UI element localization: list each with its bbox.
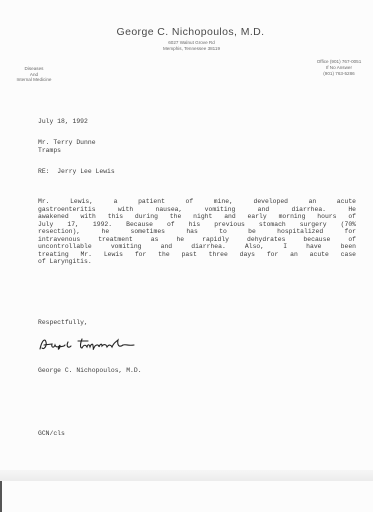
letter-date: July 18, 1992	[38, 118, 88, 126]
body-line: July 17, 1992. Because of his previous s…	[38, 221, 356, 229]
re-subject: Jerry Lee Lewis	[57, 168, 115, 175]
typist-initials: GCN/cls	[38, 430, 65, 438]
letterhead-address-line1: 6027 Walnut Grove Rd	[0, 40, 373, 45]
scan-edge	[0, 481, 2, 512]
recipient-name: Mr. Terry Dunne	[38, 139, 96, 147]
body-line: awakened with this during the night and …	[38, 213, 356, 221]
letter-body: Mr. Lewis, a patient of mine, developed …	[38, 198, 356, 266]
body-line: intravenous treatment as he rapidly dehy…	[38, 236, 356, 244]
body-line: Mr. Lewis, a patient of mine, developed …	[38, 198, 356, 206]
recipient-org: Tramps	[38, 147, 61, 155]
letterhead-specialty: Diseases And Internal Medicine	[14, 66, 54, 83]
body-line: treating Mr. Lewis for the past three da…	[38, 251, 356, 259]
letter-page: George C. Nichopoulos, M.D. 6027 Walnut …	[0, 0, 373, 512]
body-line: gastroenteritis with nausea, vomiting an…	[38, 206, 356, 214]
letterhead-address-line2: Memphis, Tennessee 38119	[0, 46, 373, 51]
closing: Respectfully,	[38, 319, 88, 327]
signer-name: George C. Nichopoulos, M.D.	[38, 367, 142, 375]
page-bottom-shadow	[0, 470, 373, 481]
body-line: resection), he sometimes has to be hospi…	[38, 228, 356, 236]
letterhead-contact: Office (901) 767-0051 If No Answer (901)…	[306, 59, 372, 77]
handwritten-signature: George C. Nichopoulos	[38, 336, 138, 354]
re-line: RE: Jerry Lee Lewis	[38, 168, 115, 176]
body-line: of Laryngitis.	[38, 258, 356, 266]
body-line: uncontrollable vomiting and diarrhea. Al…	[38, 243, 356, 251]
specialty-line3: Internal Medicine	[14, 77, 54, 83]
re-label: RE:	[38, 168, 50, 175]
alt-phone: (901) 763-5286	[306, 71, 372, 77]
letterhead-name: George C. Nichopoulos, M.D.	[0, 26, 373, 38]
